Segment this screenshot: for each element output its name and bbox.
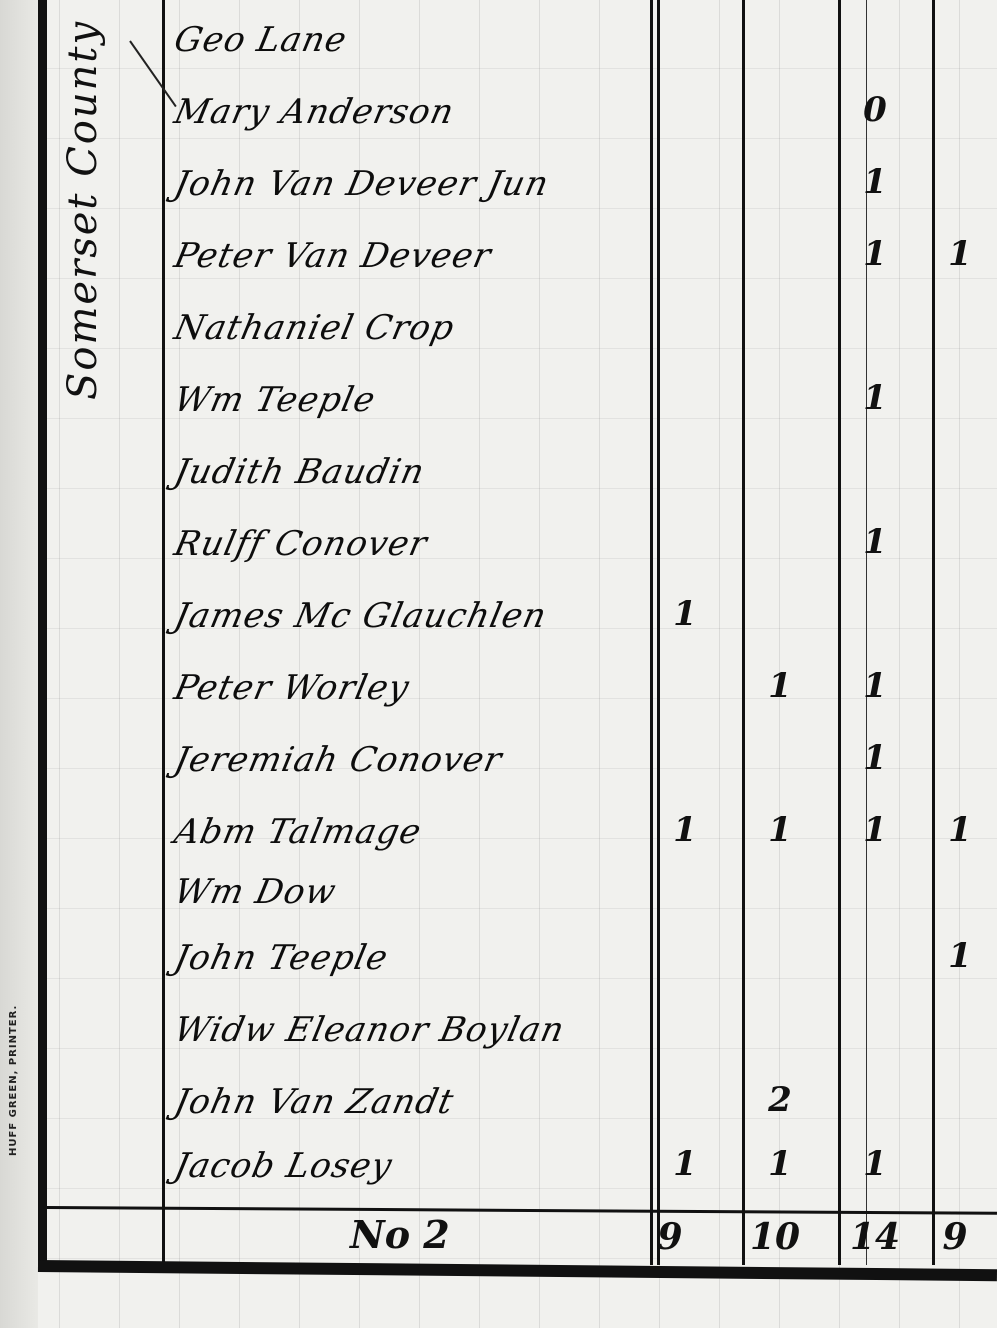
entry-name: John Van Deveer Jun xyxy=(171,164,553,204)
entry-col3: 1 xyxy=(855,810,895,850)
entry-row: Rulff Conover 1 xyxy=(165,514,997,574)
printer-imprint: HUFF GREEN, PRINTER. xyxy=(8,960,30,1200)
entry-col3: 1 xyxy=(855,666,895,706)
entry-name: Wm Dow xyxy=(171,872,340,912)
entry-col3: 0 xyxy=(855,90,895,130)
entry-name: Peter Van Deveer xyxy=(171,236,495,276)
entry-name: Geo Lane xyxy=(171,20,351,60)
entry-col3: 1 xyxy=(855,738,895,778)
entry-row: Wm Dow xyxy=(165,862,997,922)
total-col1: 9 xyxy=(645,1216,695,1258)
entry-row: Abm Talmage 1 1 1 1 xyxy=(165,802,997,862)
entry-col4: 1 xyxy=(940,936,980,976)
entry-name: Rulff Conover xyxy=(171,524,431,564)
entry-row: Widw Eleanor Boylan xyxy=(165,1000,997,1060)
entry-col3: 1 xyxy=(855,1144,895,1184)
totals-row: No 2 9 10 14 9 xyxy=(0,1212,997,1262)
entry-row: Wm Teeple 1 xyxy=(165,370,997,430)
entry-name: Nathaniel Crop xyxy=(171,308,458,348)
entry-row: John Van Zandt 2 xyxy=(165,1072,997,1132)
entry-col2: 2 xyxy=(760,1080,800,1120)
total-col3: 14 xyxy=(850,1216,900,1258)
entry-row: Nathaniel Crop xyxy=(165,298,997,358)
entry-row: John Teeple 1 xyxy=(165,928,997,988)
total-col4: 9 xyxy=(930,1216,980,1258)
entry-col1: 1 xyxy=(665,1144,705,1184)
entry-name: Judith Baudin xyxy=(171,452,429,492)
entry-row: Peter Worley 1 1 xyxy=(165,658,997,718)
page-number-label: No 2 xyxy=(350,1212,450,1257)
entry-name: Jacob Losey xyxy=(171,1146,396,1186)
county-label: Somerset County xyxy=(60,20,150,440)
entry-col4: 1 xyxy=(940,234,980,274)
entry-name: John Van Zandt xyxy=(171,1082,458,1122)
entry-col3: 1 xyxy=(855,522,895,562)
entry-name: James Mc Glauchlen xyxy=(171,596,551,636)
entry-name: Wm Teeple xyxy=(171,380,380,420)
entry-col2: 1 xyxy=(760,1144,800,1184)
entry-name: Jeremiah Conover xyxy=(171,740,506,780)
entry-col3: 1 xyxy=(855,234,895,274)
entry-row: Peter Van Deveer 1 1 xyxy=(165,226,997,286)
entry-row: Judith Baudin xyxy=(165,442,997,502)
entry-name: Abm Talmage xyxy=(171,812,425,852)
entry-row: Geo Lane xyxy=(165,10,997,70)
page-border-left xyxy=(38,0,47,1268)
entry-name: Mary Anderson xyxy=(171,92,458,132)
entry-name: John Teeple xyxy=(171,938,392,978)
entry-col1: 1 xyxy=(665,594,705,634)
entry-col3: 1 xyxy=(855,162,895,202)
entry-col4: 1 xyxy=(940,810,980,850)
entry-row: James Mc Glauchlen 1 xyxy=(165,586,997,646)
entry-row: Jeremiah Conover 1 xyxy=(165,730,997,790)
entry-row: John Van Deveer Jun 1 xyxy=(165,154,997,214)
entry-col2: 1 xyxy=(760,810,800,850)
total-col2: 10 xyxy=(750,1216,800,1258)
entry-col2: 1 xyxy=(760,666,800,706)
entry-row: Mary Anderson 0 xyxy=(165,82,997,142)
entry-col1: 1 xyxy=(665,810,705,850)
entry-col3: 1 xyxy=(855,378,895,418)
entry-name: Peter Worley xyxy=(171,668,413,708)
entry-row: Jacob Losey 1 1 1 xyxy=(165,1136,997,1196)
entry-name: Widw Eleanor Boylan xyxy=(171,1010,569,1050)
